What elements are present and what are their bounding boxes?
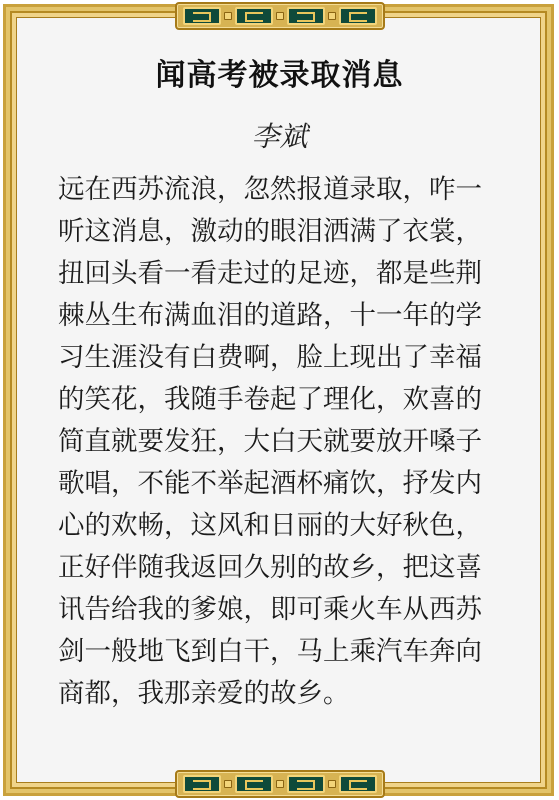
poem-line: 商都，我那亲爱的故乡。 (58, 673, 510, 715)
top-fret-ornament (175, 2, 385, 30)
fret-knot-icon (328, 12, 336, 20)
poem-line: 心的欢畅，这风和日丽的大好秋色， (58, 505, 510, 547)
fret-block-icon (287, 7, 325, 25)
poem-title: 闻高考被录取消息 (0, 50, 559, 94)
poem-line: 习生涯没有白费啊，脸上现出了幸福 (58, 337, 510, 379)
fret-block-icon (339, 7, 377, 25)
fret-block-icon (235, 775, 273, 793)
poem-line: 听这消息，激动的眼泪洒满了衣裳， (58, 211, 510, 253)
fret-knot-icon (328, 780, 336, 788)
poem-line: 扭回头看一看走过的足迹，都是些荆 (58, 253, 510, 295)
fret-block-icon (339, 775, 377, 793)
poem-line: 正好伴随我返回久别的故乡，把这喜 (58, 547, 510, 589)
fret-block-icon (287, 775, 325, 793)
fret-block-icon (183, 7, 221, 25)
fret-knot-icon (224, 12, 232, 20)
bottom-fret-ornament (175, 770, 385, 798)
poem-body: 远在西苏流浪，忽然报道录取，咋一 听这消息，激动的眼泪洒满了衣裳， 扭回头看一看… (58, 169, 510, 715)
fret-knot-icon (276, 780, 284, 788)
poem-line: 讯告给我的爹娘，即可乘火车从西苏 (58, 589, 510, 631)
poem-line: 简直就要发狂，大白天就要放开嗓子 (58, 421, 510, 463)
fret-block-icon (235, 7, 273, 25)
poem-line: 的笑花，我随手卷起了理化，欢喜的 (58, 379, 510, 421)
poem-line: 远在西苏流浪，忽然报道录取，咋一 (58, 169, 510, 211)
fret-block-icon (183, 775, 221, 793)
poem-line: 歌唱，不能不举起酒杯痛饮，抒发内 (58, 463, 510, 505)
fret-knot-icon (224, 780, 232, 788)
fret-knot-icon (276, 12, 284, 20)
poem-author: 李斌 (0, 115, 559, 155)
poem-line: 剑一般地飞到白干，马上乘汽车奔向 (58, 631, 510, 673)
poem-line: 棘丛生布满血泪的道路，十一年的学 (58, 295, 510, 337)
